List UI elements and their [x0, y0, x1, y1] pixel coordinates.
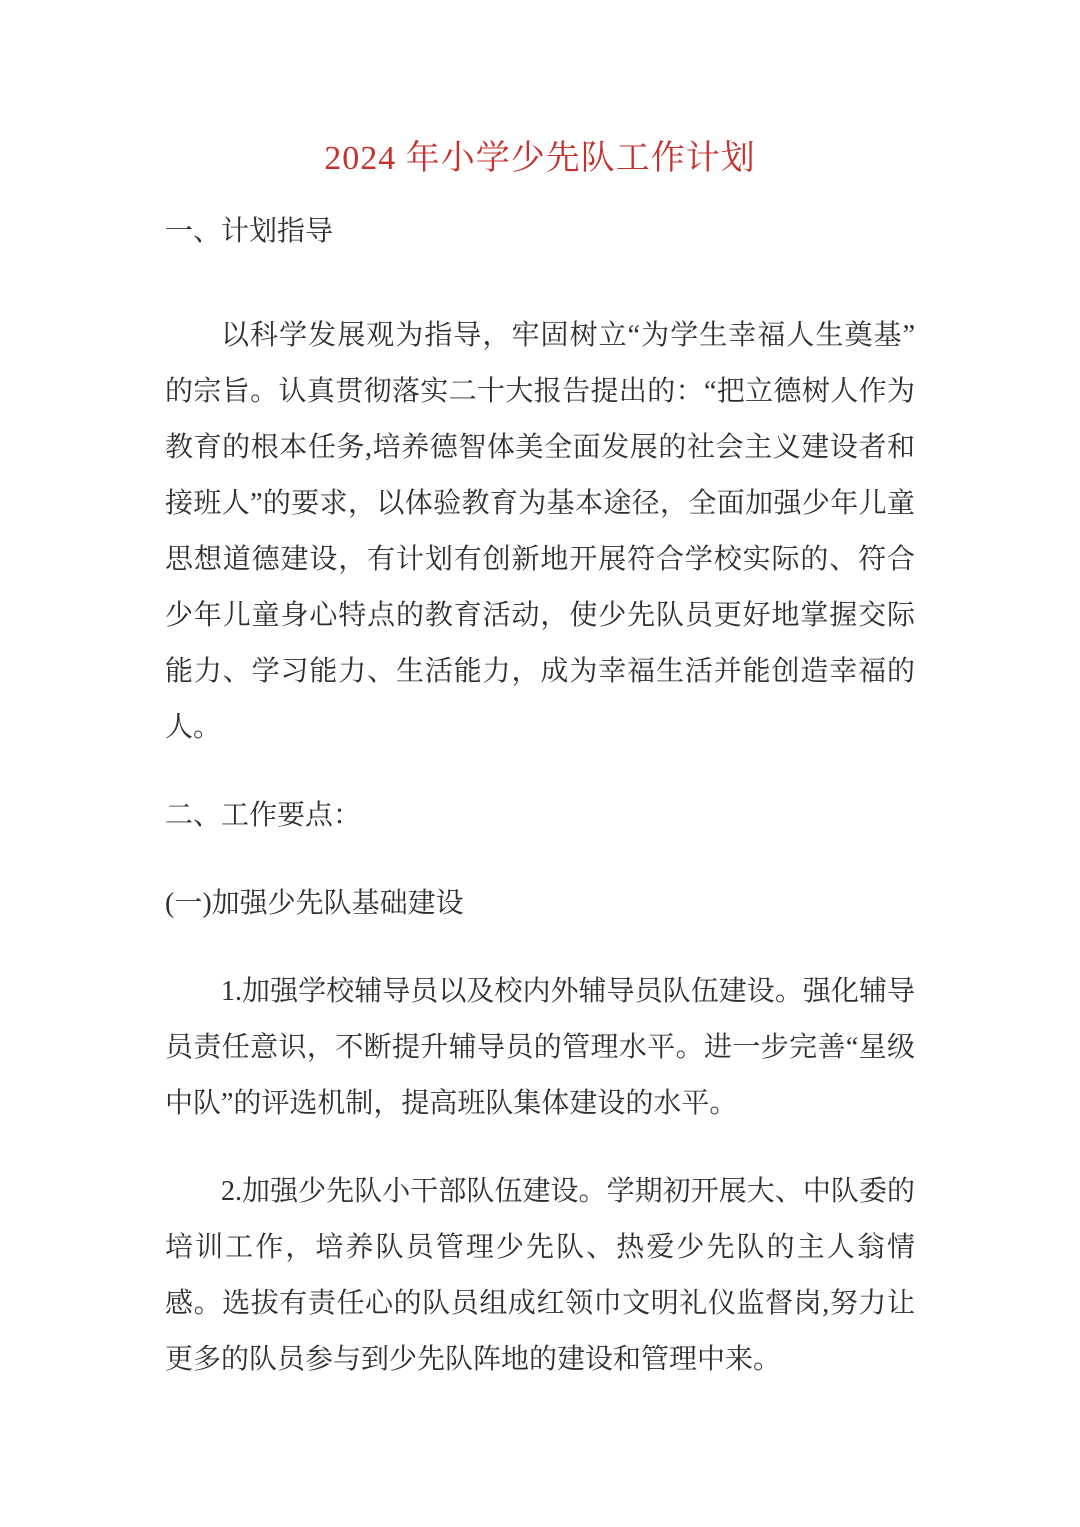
document-page: 2024 年小学少先队工作计划 一、计划指导 以科学发展观为指导，牢固树立“为学… — [0, 0, 1080, 1527]
document-title: 2024 年小学少先队工作计划 — [165, 136, 915, 182]
paragraph-plan-guidance: 以科学发展观为指导，牢固树立“为学生幸福人生奠基”的宗旨。认真贯彻落实二十大报告… — [165, 308, 915, 756]
paragraph-item-2-young-cadres: 2.加强少先队小干部队伍建设。学期初开展大、中队委的培训工作，培养队员管理少先队… — [165, 1164, 915, 1388]
subheading-foundation-building: (一)加强少先队基础建设 — [165, 876, 915, 932]
heading-plan-guidance: 一、计划指导 — [165, 204, 915, 260]
paragraph-item-1-counselor-team: 1.加强学校辅导员以及校内外辅导员队伍建设。强化辅导员责任意识，不断提升辅导员的… — [165, 964, 915, 1132]
heading-work-points: 二、工作要点： — [165, 788, 915, 844]
